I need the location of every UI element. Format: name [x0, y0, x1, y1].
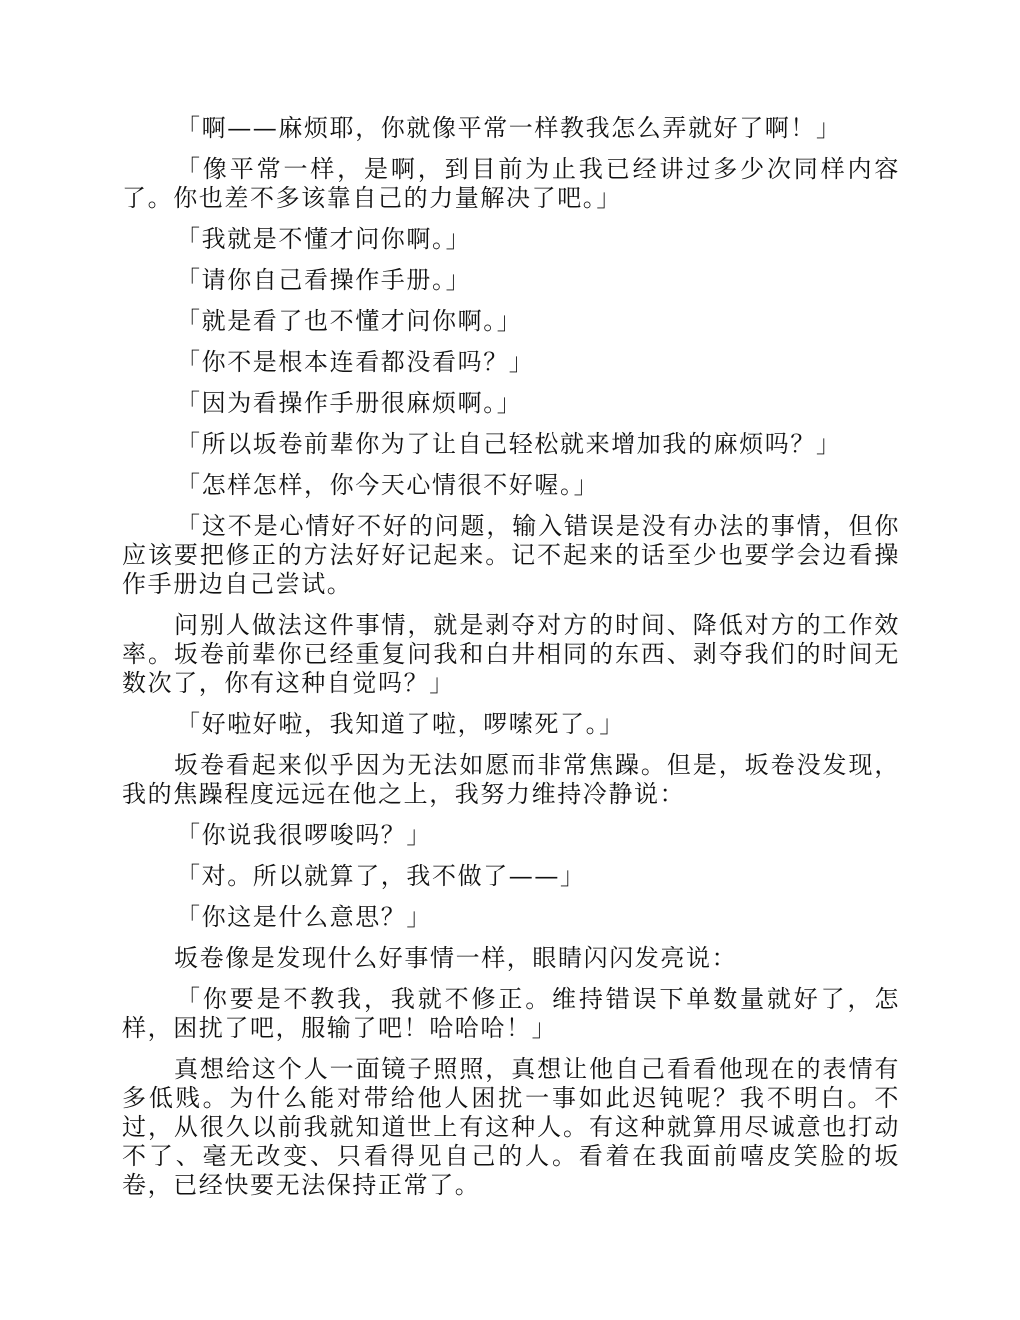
paragraph-6: 「你不是根本连看都没看吗？」 — [122, 348, 900, 377]
paragraph-16: 「你这是什么意思？」 — [122, 903, 900, 932]
paragraph-15: 「对。所以就算了，我不做了——」 — [122, 862, 900, 891]
paragraph-3: 「我就是不懂才问你啊。」 — [122, 225, 900, 254]
paragraph-2: 「像平常一样，是啊，到目前为止我已经讲过多少次同样内容了。你也差不多该靠自己的力… — [122, 155, 900, 213]
paragraph-11: 问别人做法这件事情，就是剥夺对方的时间、降低对方的工作效率。坂卷前辈你已经重复问… — [122, 611, 900, 698]
paragraph-14: 「你说我很啰唆吗？」 — [122, 821, 900, 850]
paragraph-4: 「请你自己看操作手册。」 — [122, 266, 900, 295]
paragraph-13: 坂卷看起来似乎因为无法如愿而非常焦躁。但是，坂卷没发现，我的焦躁程度远远在他之上… — [122, 751, 900, 809]
paragraph-1: 「啊——麻烦耶，你就像平常一样教我怎么弄就好了啊！」 — [122, 114, 900, 143]
paragraph-19: 真想给这个人一面镜子照照，真想让他自己看看他现在的表情有多低贱。为什么能对带给他… — [122, 1055, 900, 1200]
paragraph-17: 坂卷像是发现什么好事情一样，眼睛闪闪发亮说： — [122, 944, 900, 973]
paragraph-5: 「就是看了也不懂才问你啊。」 — [122, 307, 900, 336]
paragraph-8: 「所以坂卷前辈你为了让自己轻松就来增加我的麻烦吗？」 — [122, 430, 900, 459]
paragraph-12: 「好啦好啦，我知道了啦，啰嗦死了。」 — [122, 710, 900, 739]
paragraph-9: 「怎样怎样，你今天心情很不好喔。」 — [122, 471, 900, 500]
paragraph-18: 「你要是不教我，我就不修正。维持错误下单数量就好了，怎样，困扰了吧，服输了吧！哈… — [122, 985, 900, 1043]
document-page: 「啊——麻烦耶，你就像平常一样教我怎么弄就好了啊！」 「像平常一样，是啊，到目前… — [122, 114, 900, 1212]
paragraph-7: 「因为看操作手册很麻烦啊。」 — [122, 389, 900, 418]
paragraph-10: 「这不是心情好不好的问题，输入错误是没有办法的事情，但你应该要把修正的方法好好记… — [122, 512, 900, 599]
